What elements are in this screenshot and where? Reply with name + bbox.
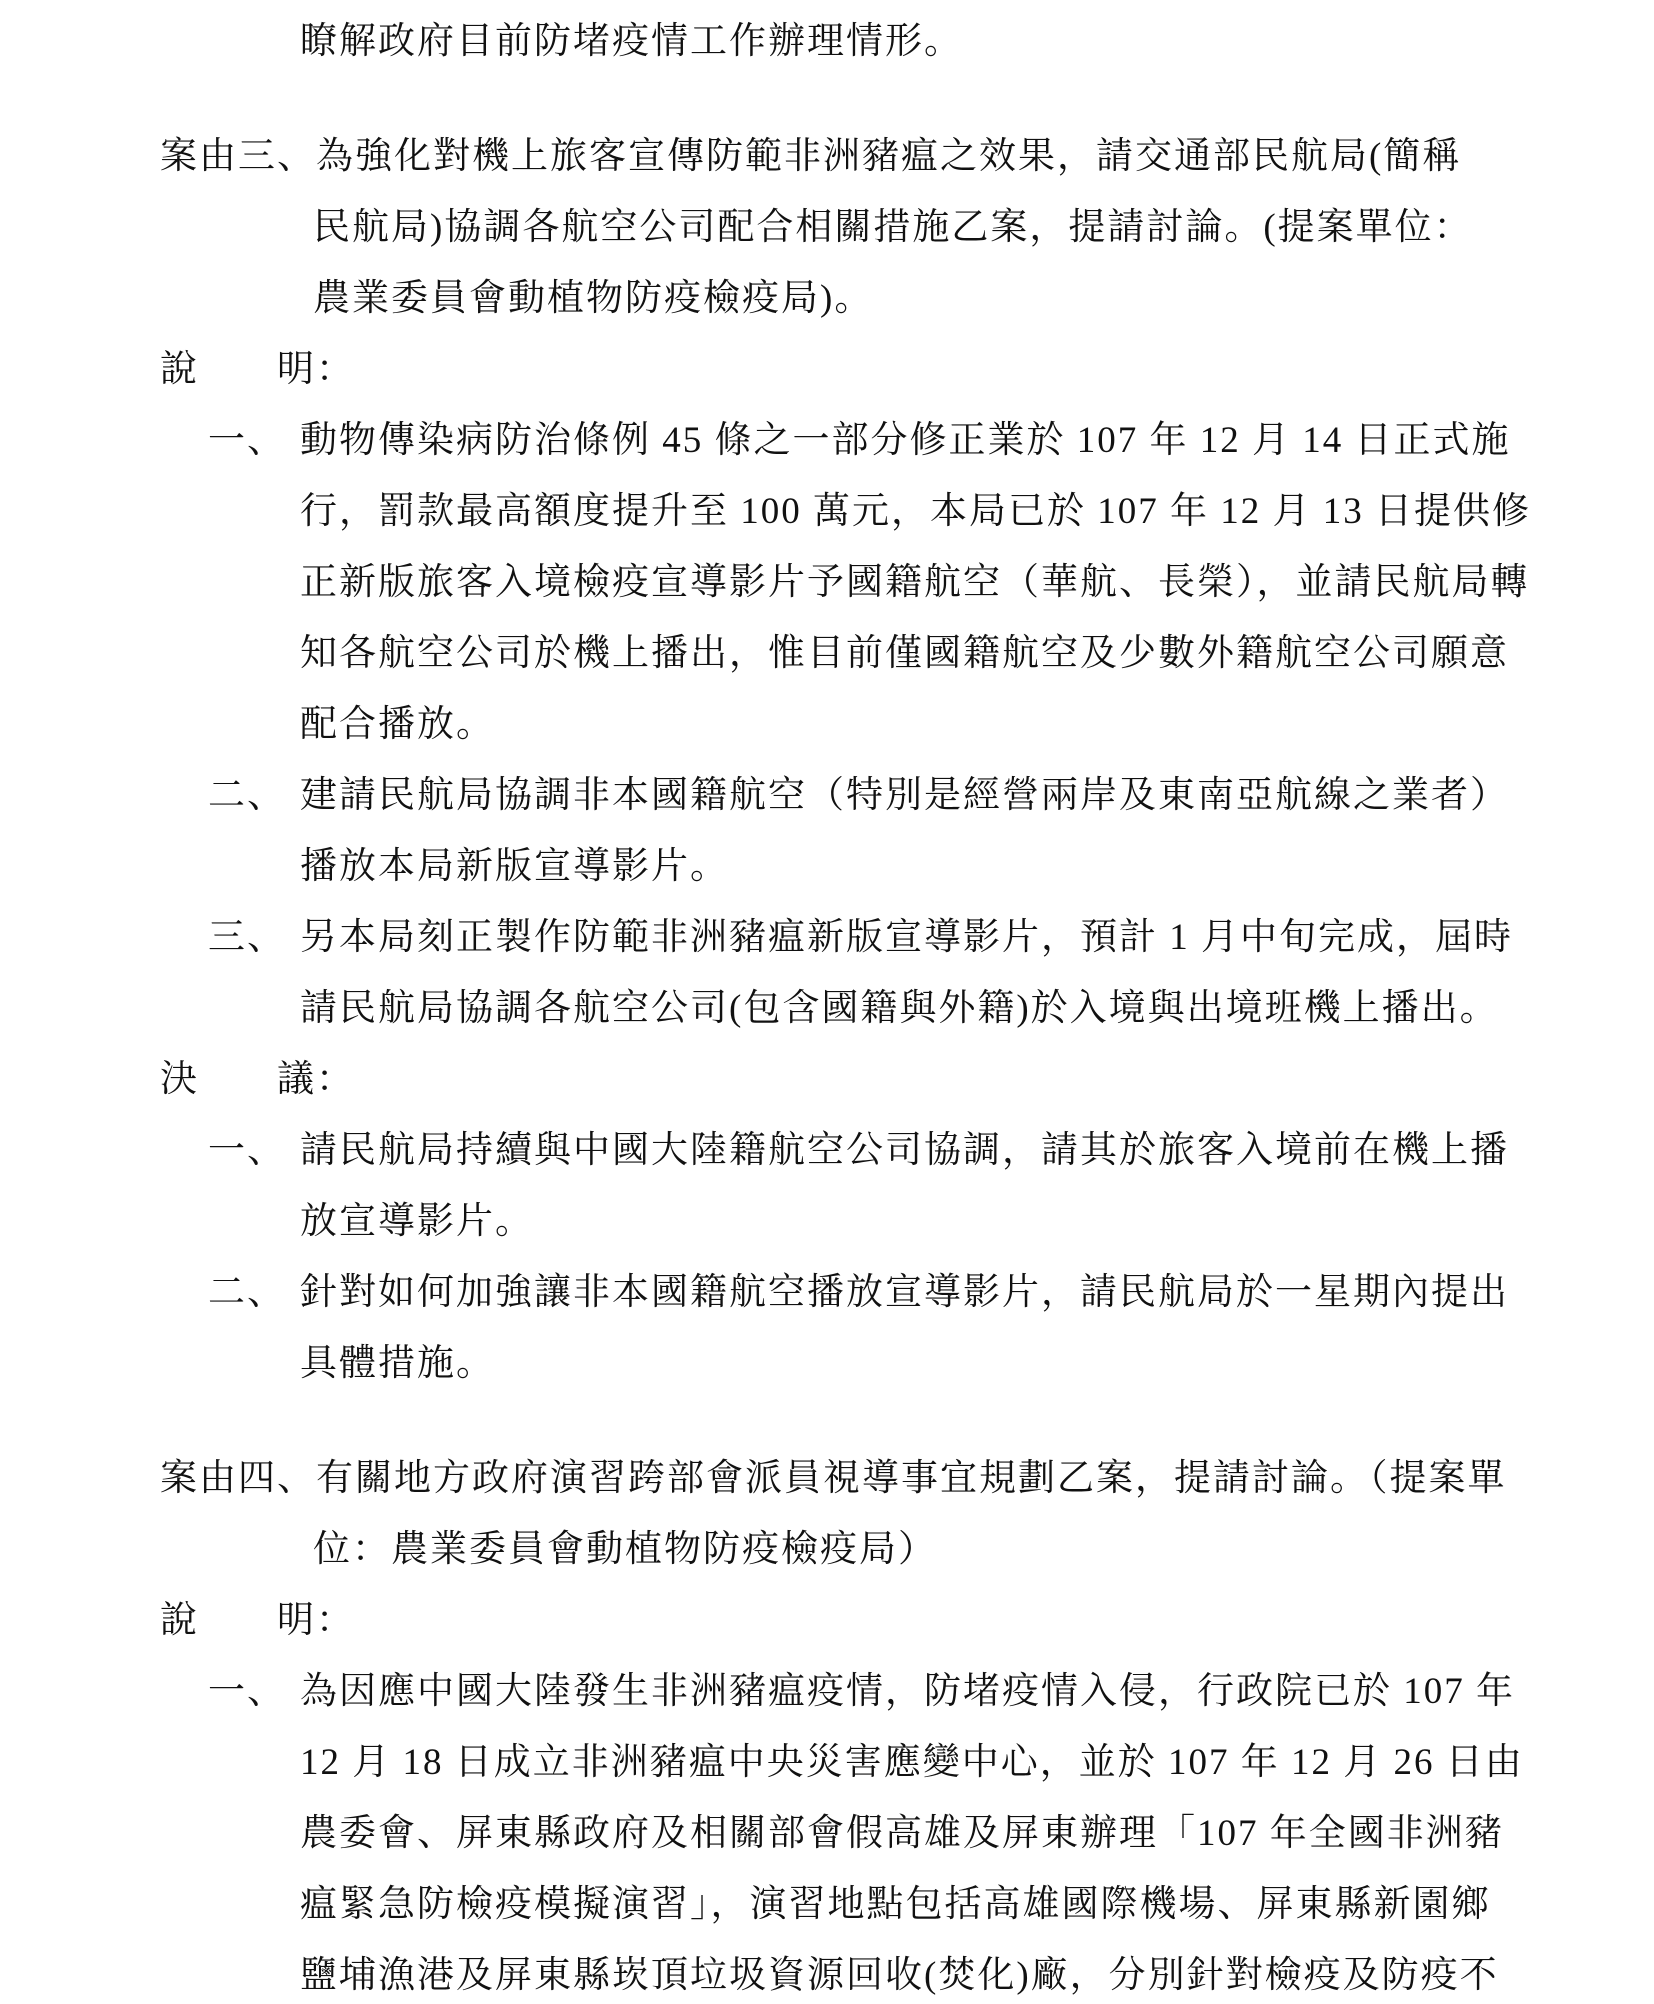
list-item-text: 請民航局持續與中國大陸籍航空公司協調，請其於旅客入境前在機上播 [300,1130,1509,1171]
text-line: 說 明： [0,1585,1654,1656]
text-line: 行，罰款最高額度提升至 100 萬元，本局已於 107 年 12 月 13 日提… [0,476,1654,547]
text-line: 一、請民航局持續與中國大陸籍航空公司協調，請其於旅客入境前在機上播 [0,1115,1654,1186]
text-line: 請民航局協調各航空公司(包含國籍與外籍)於入境與出境班機上播出。 [0,973,1654,1044]
text-line: 具體措施。 [0,1328,1654,1399]
text-line: 說 明： [0,334,1654,405]
list-item-marker: 一、 [208,405,300,476]
list-item-marker: 二、 [208,1257,300,1328]
text-line: 二、建請民航局協調非本國籍航空（特別是經營兩岸及東南亞航線之業者） [0,760,1654,831]
text-line: 放宣導影片。 [0,1186,1654,1257]
text-line: 農業委員會動植物防疫檢疫局)。 [0,263,1654,334]
text-line: 鹽埔漁港及屏東縣崁頂垃圾資源回收(焚化)廠，分別針對檢疫及防疫不 [0,1940,1654,2004]
list-item-text: 動物傳染病防治條例 45 條之一部分修正業於 107 年 12 月 14 日正式… [300,420,1511,461]
list-item-text: 為因應中國大陸發生非洲豬瘟疫情，防堵疫情入侵，行政院已於 107 年 [300,1671,1515,1712]
list-item-marker: 二、 [208,760,300,831]
text-line: 瞭解政府目前防堵疫情工作辦理情形。 [0,6,1654,77]
text-line: 民航局)協調各航空公司配合相關措施乙案，提請討論。(提案單位： [0,192,1654,263]
text-line: 正新版旅客入境檢疫宣導影片予國籍航空（華航、長榮），並請民航局轉 [0,547,1654,618]
text-line: 決 議： [0,1044,1654,1115]
text-line: 農委會、屏東縣政府及相關部會假高雄及屏東辦理「107 年全國非洲豬 [0,1798,1654,1869]
list-item-text: 建請民航局協調非本國籍航空（特別是經營兩岸及東南亞航線之業者） [300,775,1509,816]
list-item-text: 針對如何加強讓非本國籍航空播放宣導影片，請民航局於一星期內提出 [300,1272,1509,1313]
list-item-marker: 一、 [208,1656,300,1727]
text-line: 位：農業委員會動植物防疫檢疫局） [0,1514,1654,1585]
text-line: 知各航空公司於機上播出，惟目前僅國籍航空及少數外籍航空公司願意 [0,618,1654,689]
text-line: 一、為因應中國大陸發生非洲豬瘟疫情，防堵疫情入侵，行政院已於 107 年 [0,1656,1654,1727]
text-line: 瘟緊急防檢疫模擬演習」，演習地點包括高雄國際機場、屏東縣新園鄉 [0,1869,1654,1940]
list-item-marker: 三、 [208,902,300,973]
text-line: 一、動物傳染病防治條例 45 條之一部分修正業於 107 年 12 月 14 日… [0,405,1654,476]
text-line: 12 月 18 日成立非洲豬瘟中央災害應變中心，並於 107 年 12 月 26… [0,1727,1654,1798]
text-line: 配合播放。 [0,689,1654,760]
list-item-marker: 一、 [208,1115,300,1186]
text-line: 播放本局新版宣導影片。 [0,831,1654,902]
text-line: 二、針對如何加強讓非本國籍航空播放宣導影片，請民航局於一星期內提出 [0,1257,1654,1328]
paragraph-gap [0,77,1654,121]
list-item-text: 另本局刻正製作防範非洲豬瘟新版宣導影片，預計 1 月中旬完成，屆時 [300,917,1513,958]
text-line: 案由三、為強化對機上旅客宣傳防範非洲豬瘟之效果，請交通部民航局(簡稱 [0,121,1654,192]
text-line: 案由四、有關地方政府演習跨部會派員視導事宜規劃乙案，提請討論。（提案單 [0,1443,1654,1514]
document-page: 瞭解政府目前防堵疫情工作辦理情形。案由三、為強化對機上旅客宣傳防範非洲豬瘟之效果… [0,6,1654,2004]
text-line: 三、另本局刻正製作防範非洲豬瘟新版宣導影片，預計 1 月中旬完成，屆時 [0,902,1654,973]
paragraph-gap [0,1399,1654,1443]
